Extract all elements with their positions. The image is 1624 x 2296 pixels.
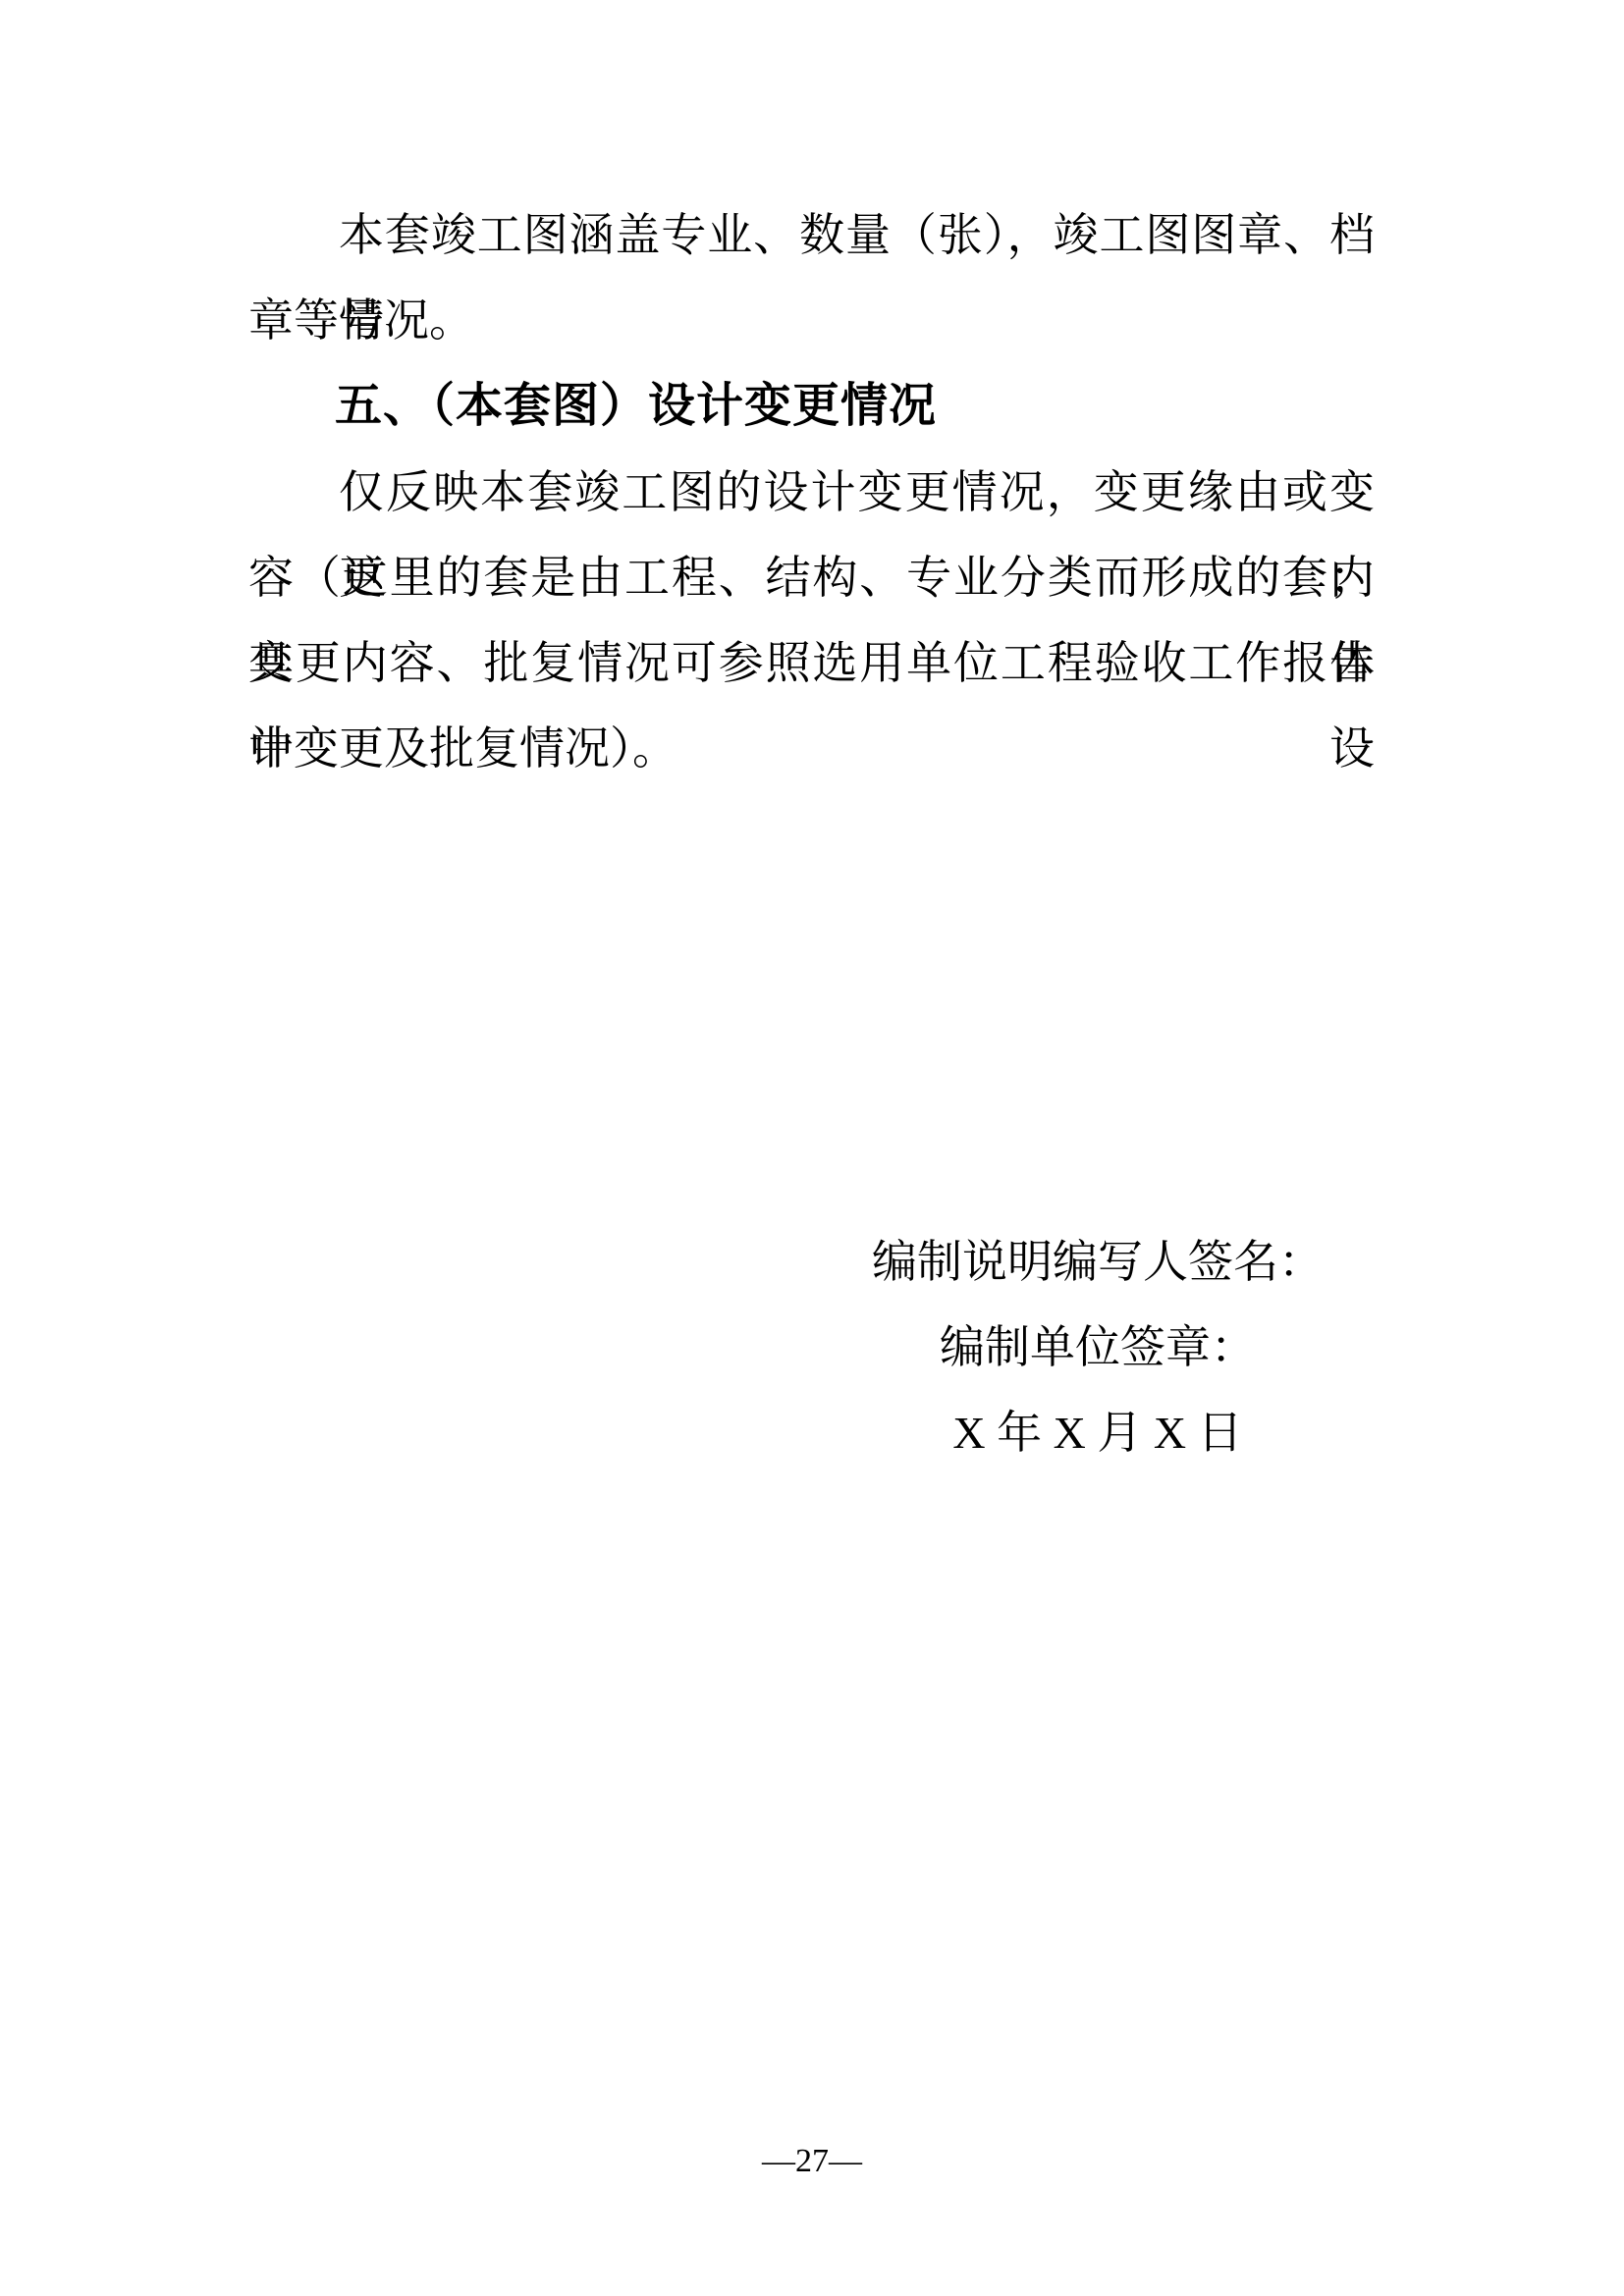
- paragraph-overview-line-2: 章等情况。: [248, 278, 1375, 363]
- paragraph-design-changes: 仅反映本套竣工图的设计变更情况，变更缘由或变更内 容（这里的套是由工程、结构、专…: [248, 450, 1375, 792]
- paragraph-design-changes-line-1: 仅反映本套竣工图的设计变更情况，变更缘由或变更内: [248, 450, 1375, 535]
- paragraph-overview-line-1: 本套竣工图涵盖专业、数量（张），竣工图图章、档号: [248, 192, 1375, 278]
- paragraph-overview: 本套竣工图涵盖专业、数量（张），竣工图图章、档号 章等情况。: [248, 192, 1375, 363]
- paragraph-design-changes-line-2: 容（这里的套是由工程、结构、专业分类而形成的套；具体: [248, 535, 1375, 620]
- signature-block: 编制说明编写人签名： 编制单位签章： X 年 X 月 X 日: [571, 1219, 1624, 1476]
- signature-line-unit: 编制单位签章：: [571, 1305, 1624, 1390]
- page-number: —27—: [0, 2132, 1624, 2191]
- signature-line-author: 编制说明编写人签名：: [571, 1219, 1624, 1305]
- body-text: 本套竣工图涵盖专业、数量（张），竣工图图章、档号 章等情况。 五、（本套图）设计…: [248, 192, 1375, 791]
- section-heading: 五、（本套图）设计变更情况: [248, 363, 1375, 449]
- signature-line-date: X 年 X 月 X 日: [571, 1390, 1624, 1475]
- paragraph-design-changes-line-3: 变更内容、批复情况可参照选用单位工程验收工作报告中设: [248, 620, 1375, 706]
- document-page: 本套竣工图涵盖专业、数量（张），竣工图图章、档号 章等情况。 五、（本套图）设计…: [0, 0, 1624, 2296]
